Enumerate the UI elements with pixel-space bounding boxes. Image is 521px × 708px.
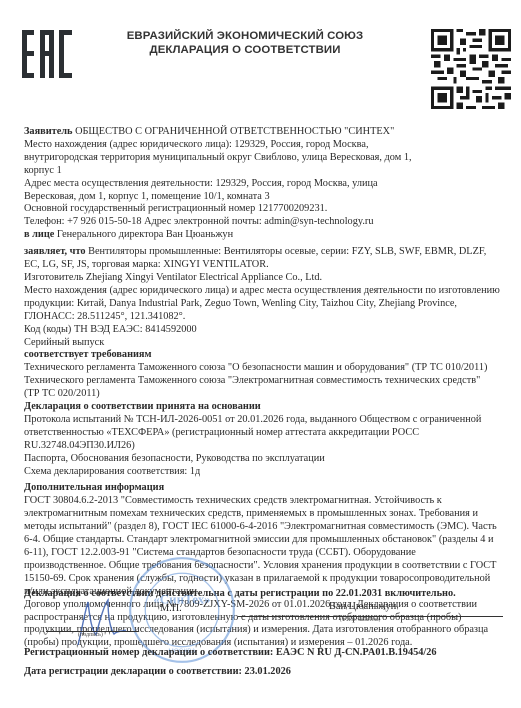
- basis-item: Паспорта, Обоснования безопасности, Руко…: [24, 453, 504, 466]
- stamp-place-label: М.П.: [160, 603, 182, 614]
- basis-heading: Декларация о соответствии принята на осн…: [24, 401, 504, 414]
- applicant-line: Заявитель ОБЩЕСТВО С ОГРАНИЧЕННОЙ ОТВЕТС…: [24, 126, 504, 139]
- signature-icon: [70, 590, 130, 650]
- legal-address-cont: внутригородская территория муниципальный…: [24, 152, 504, 165]
- requirement-item: Технического регламента Таможенного союз…: [24, 375, 504, 388]
- declaration-scheme: Схема декларирования соответствия: 1д: [24, 466, 504, 479]
- qr-code-icon[interactable]: [431, 29, 511, 109]
- represented-label: в лице: [24, 229, 54, 240]
- name-caption: (Ф.И.О. заявителя): [340, 618, 380, 623]
- signature-caption: (подпись): [78, 632, 103, 638]
- manufacturer-address-cont: ГЛОНАСС: 28.511245°, 121.341082°.: [24, 311, 504, 324]
- represented-by: в лице Генерального директора Ван Цюаньж…: [24, 229, 504, 242]
- product-description: Вентиляторы промышленные: Вентиляторы ос…: [86, 246, 487, 257]
- manufacturer-address: Место нахождения (адрес юридического лиц…: [24, 285, 504, 298]
- document-header: ЕВРАЗИЙСКИЙ ЭКОНОМИЧЕСКИЙ СОЮЗ ДЕКЛАРАЦИ…: [110, 29, 380, 57]
- production-type: Серийный выпуск: [24, 337, 504, 350]
- ogrn: Основной государственный регистрационный…: [24, 203, 504, 216]
- requirements-label: соответствует требованиям: [24, 349, 152, 360]
- additional-label: Дополнительная информация: [24, 482, 164, 493]
- registration-date: Дата регистрации декларации о соответств…: [24, 666, 291, 677]
- union-title: ЕВРАЗИЙСКИЙ ЭКОНОМИЧЕСКИЙ СОЮЗ: [110, 29, 380, 43]
- basis-item-cont: ответственностью «ТЕХСФЕРА» (регистрацио…: [24, 427, 504, 440]
- applicant-signer-name: Ван Цюаньжун: [329, 601, 396, 612]
- additional-heading: Дополнительная информация: [24, 482, 504, 495]
- additional-info-line: 6-11), ГОСТ 12.2.003-91 "Система стандар…: [24, 547, 504, 560]
- declares-line: заявляет, что Вентиляторы промышленные: …: [24, 246, 504, 259]
- declaration-body: Заявитель ОБЩЕСТВО С ОГРАНИЧЕННОЙ ОТВЕТС…: [24, 126, 504, 650]
- product-description-cont: EC, LG, SF, JS, торговая марка: XINGYI V…: [24, 259, 504, 272]
- additional-info-line: методы испытаний" (раздел 8), ГОСТ IEC 6…: [24, 521, 504, 534]
- additional-info-line: электромагнитным помехам технических сре…: [24, 508, 504, 521]
- representative-name: Генерального директора Ван Цюаньжун: [54, 229, 233, 240]
- document-title: ДЕКЛАРАЦИЯ О СООТВЕТСТВИИ: [110, 43, 380, 57]
- requirement-item-cont: (ТР ТС 020/2011): [24, 388, 504, 401]
- additional-info-line: 6-4. Общие стандарты. Стандарт электрома…: [24, 534, 504, 547]
- basis-item-cont: RU.32748.04ЭП30.ИЛ26): [24, 440, 504, 453]
- hs-code: Код (коды) ТН ВЭД ЕАЭС: 8414592000: [24, 324, 504, 337]
- basis-item: Протокола испытаний № ТСН-ИЛ-2026-0051 о…: [24, 414, 504, 427]
- name-line: [238, 616, 503, 617]
- additional-info-line: производственное. Общие требования безоп…: [24, 560, 504, 573]
- contacts: Телефон: +7 926 015-50-18 Адрес электрон…: [24, 216, 504, 229]
- basis-label: Декларация о соответствии принята на осн…: [24, 401, 261, 412]
- manufacturer: Изготовитель Zhejiang Xingyi Ventilator …: [24, 272, 504, 285]
- legal-address: Место нахождения (адрес юридического лиц…: [24, 139, 504, 152]
- requirements-heading: соответствует требованиям: [24, 349, 504, 362]
- additional-info-line: 15150-69. Срок хранения (службы, годност…: [24, 573, 504, 586]
- additional-info-line: ГОСТ 30804.6.2-2013 "Совместимость техни…: [24, 495, 504, 508]
- manufacturer-address-cont: продукции: Китай, Danya Industrial Park,…: [24, 298, 504, 311]
- eac-logo: [22, 30, 74, 78]
- applicant-name: ОБЩЕСТВО С ОГРАНИЧЕННОЙ ОТВЕТСТВЕННОСТЬЮ…: [73, 126, 395, 137]
- registration-number: Регистрационный номер декларации о соотв…: [24, 647, 437, 658]
- activity-address-cont: Вересковая, дом 1, корпус 1, помещение 1…: [24, 191, 504, 204]
- requirement-item: Технического регламента Таможенного союз…: [24, 362, 504, 375]
- activity-address: Адрес места осуществления деятельности: …: [24, 178, 504, 191]
- applicant-label: Заявитель: [24, 126, 73, 137]
- declares-label: заявляет, что: [24, 246, 86, 257]
- legal-address-cont: корпус 1: [24, 165, 504, 178]
